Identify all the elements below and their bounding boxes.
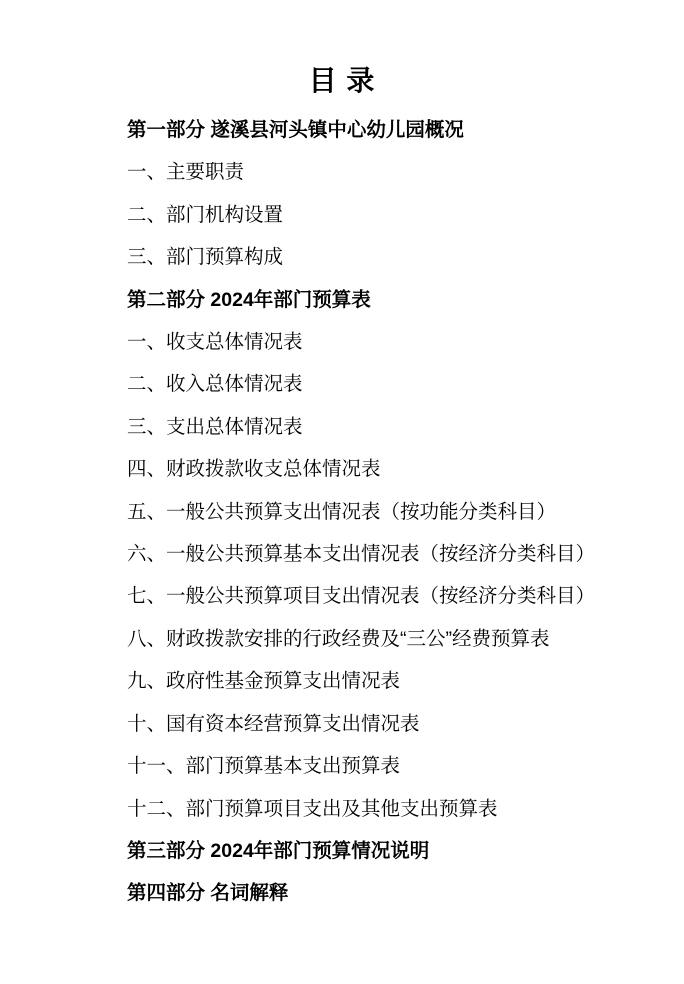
toc-item: 七、一般公共预算项目支出情况表（按经济分类科目） [127,575,644,617]
toc-item: 八、财政拨款安排的行政经费及“三公”经费预算表 [127,618,644,660]
toc-item: 九、政府性基金预算支出情况表 [127,660,644,702]
toc-item: 三、部门预算构成 [127,236,644,278]
toc-item: 三、支出总体情况表 [127,406,644,448]
toc-part-heading: 第一部分 遂溪县河头镇中心幼儿园概况 [127,109,644,151]
toc-item: 十、国有资本经营预算支出情况表 [127,703,644,745]
toc-item: 四、财政拨款收支总体情况表 [127,448,644,490]
toc-part-heading: 第三部分 2024年部门预算情况说明 [127,830,644,872]
toc-item: 六、一般公共预算基本支出情况表（按经济分类科目） [127,533,644,575]
toc-item: 十一、部门预算基本支出预算表 [127,745,644,787]
toc-part-heading: 第二部分 2024年部门预算表 [127,279,644,321]
doc-title: 目 录 [0,64,684,98]
toc-part-heading: 第四部分 名词解释 [127,872,644,914]
document-page: 目 录 第一部分 遂溪县河头镇中心幼儿园概况 一、主要职责 二、部门机构设置 三… [0,0,684,984]
toc-item: 一、主要职责 [127,151,644,193]
toc-item: 二、收入总体情况表 [127,363,644,405]
toc-item: 二、部门机构设置 [127,194,644,236]
toc-item: 五、一般公共预算支出情况表（按功能分类科目） [127,491,644,533]
toc-item: 一、收支总体情况表 [127,321,644,363]
table-of-contents: 第一部分 遂溪县河头镇中心幼儿园概况 一、主要职责 二、部门机构设置 三、部门预… [0,109,684,915]
toc-item: 十二、部门预算项目支出及其他支出预算表 [127,788,644,830]
